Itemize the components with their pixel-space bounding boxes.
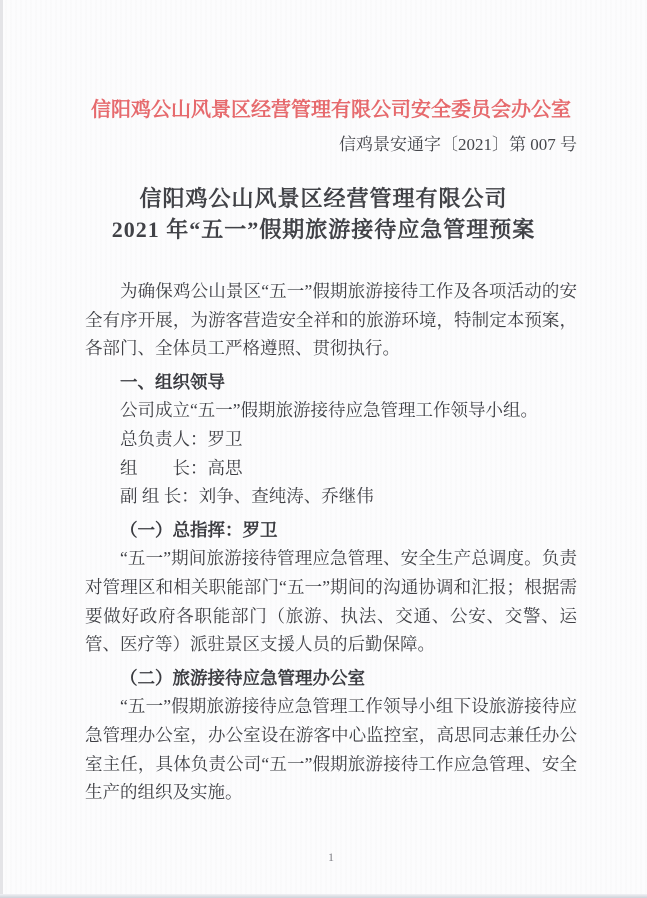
body-paragraph: 公司成立“五一”假期旅游接待应急管理工作领导小组。 — [85, 396, 577, 425]
roster-line: 总负责人：罗卫 — [85, 425, 577, 454]
roster-line: 组 长：高思 — [85, 454, 577, 483]
document-number: 信鸡景安通字〔2021〕第 007 号 — [85, 130, 577, 155]
body-paragraph: “五一”假期旅游接待应急管理工作领导小组下设旅游接待应急管理办公室，办公室设在游… — [85, 692, 577, 806]
page-number: 1 — [85, 850, 577, 865]
section-heading: （一）总指挥：罗卫 — [85, 516, 577, 545]
roster-line: 副 组 长：刘争、查纯涛、乔继伟 — [85, 482, 577, 511]
letterhead-title: 信阳鸡公山风景区经营管理有限公司安全委员会办公室 — [85, 93, 577, 122]
section-heading: （二）旅游接待应急管理办公室 — [85, 664, 577, 693]
body-paragraph: “五一”期间旅游接待管理应急管理、安全生产总调度。负责对管理区和相关职能部门“五… — [85, 544, 577, 658]
title-line-1: 信阳鸡公山风景区经营管理有限公司 — [0, 183, 647, 214]
scan-left-edge — [0, 0, 3, 898]
scanned-document-page: 信阳鸡公山风景区经营管理有限公司安全委员会办公室 信鸡景安通字〔2021〕第 0… — [0, 0, 647, 898]
section-heading: 一、组织领导 — [85, 368, 577, 397]
body-paragraph: 为确保鸡公山景区“五一”假期旅游接待工作及各项活动的安全有序开展，为游客营造安全… — [85, 277, 577, 363]
title-line-2: 2021 年“五一”假期旅游接待应急管理预案 — [0, 214, 647, 245]
document-body: 为确保鸡公山景区“五一”假期旅游接待工作及各项活动的安全有序开展，为游客营造安全… — [85, 277, 577, 807]
document-title: 信阳鸡公山风景区经营管理有限公司 2021 年“五一”假期旅游接待应急管理预案 — [0, 183, 647, 245]
scan-bottom-edge — [0, 894, 647, 898]
